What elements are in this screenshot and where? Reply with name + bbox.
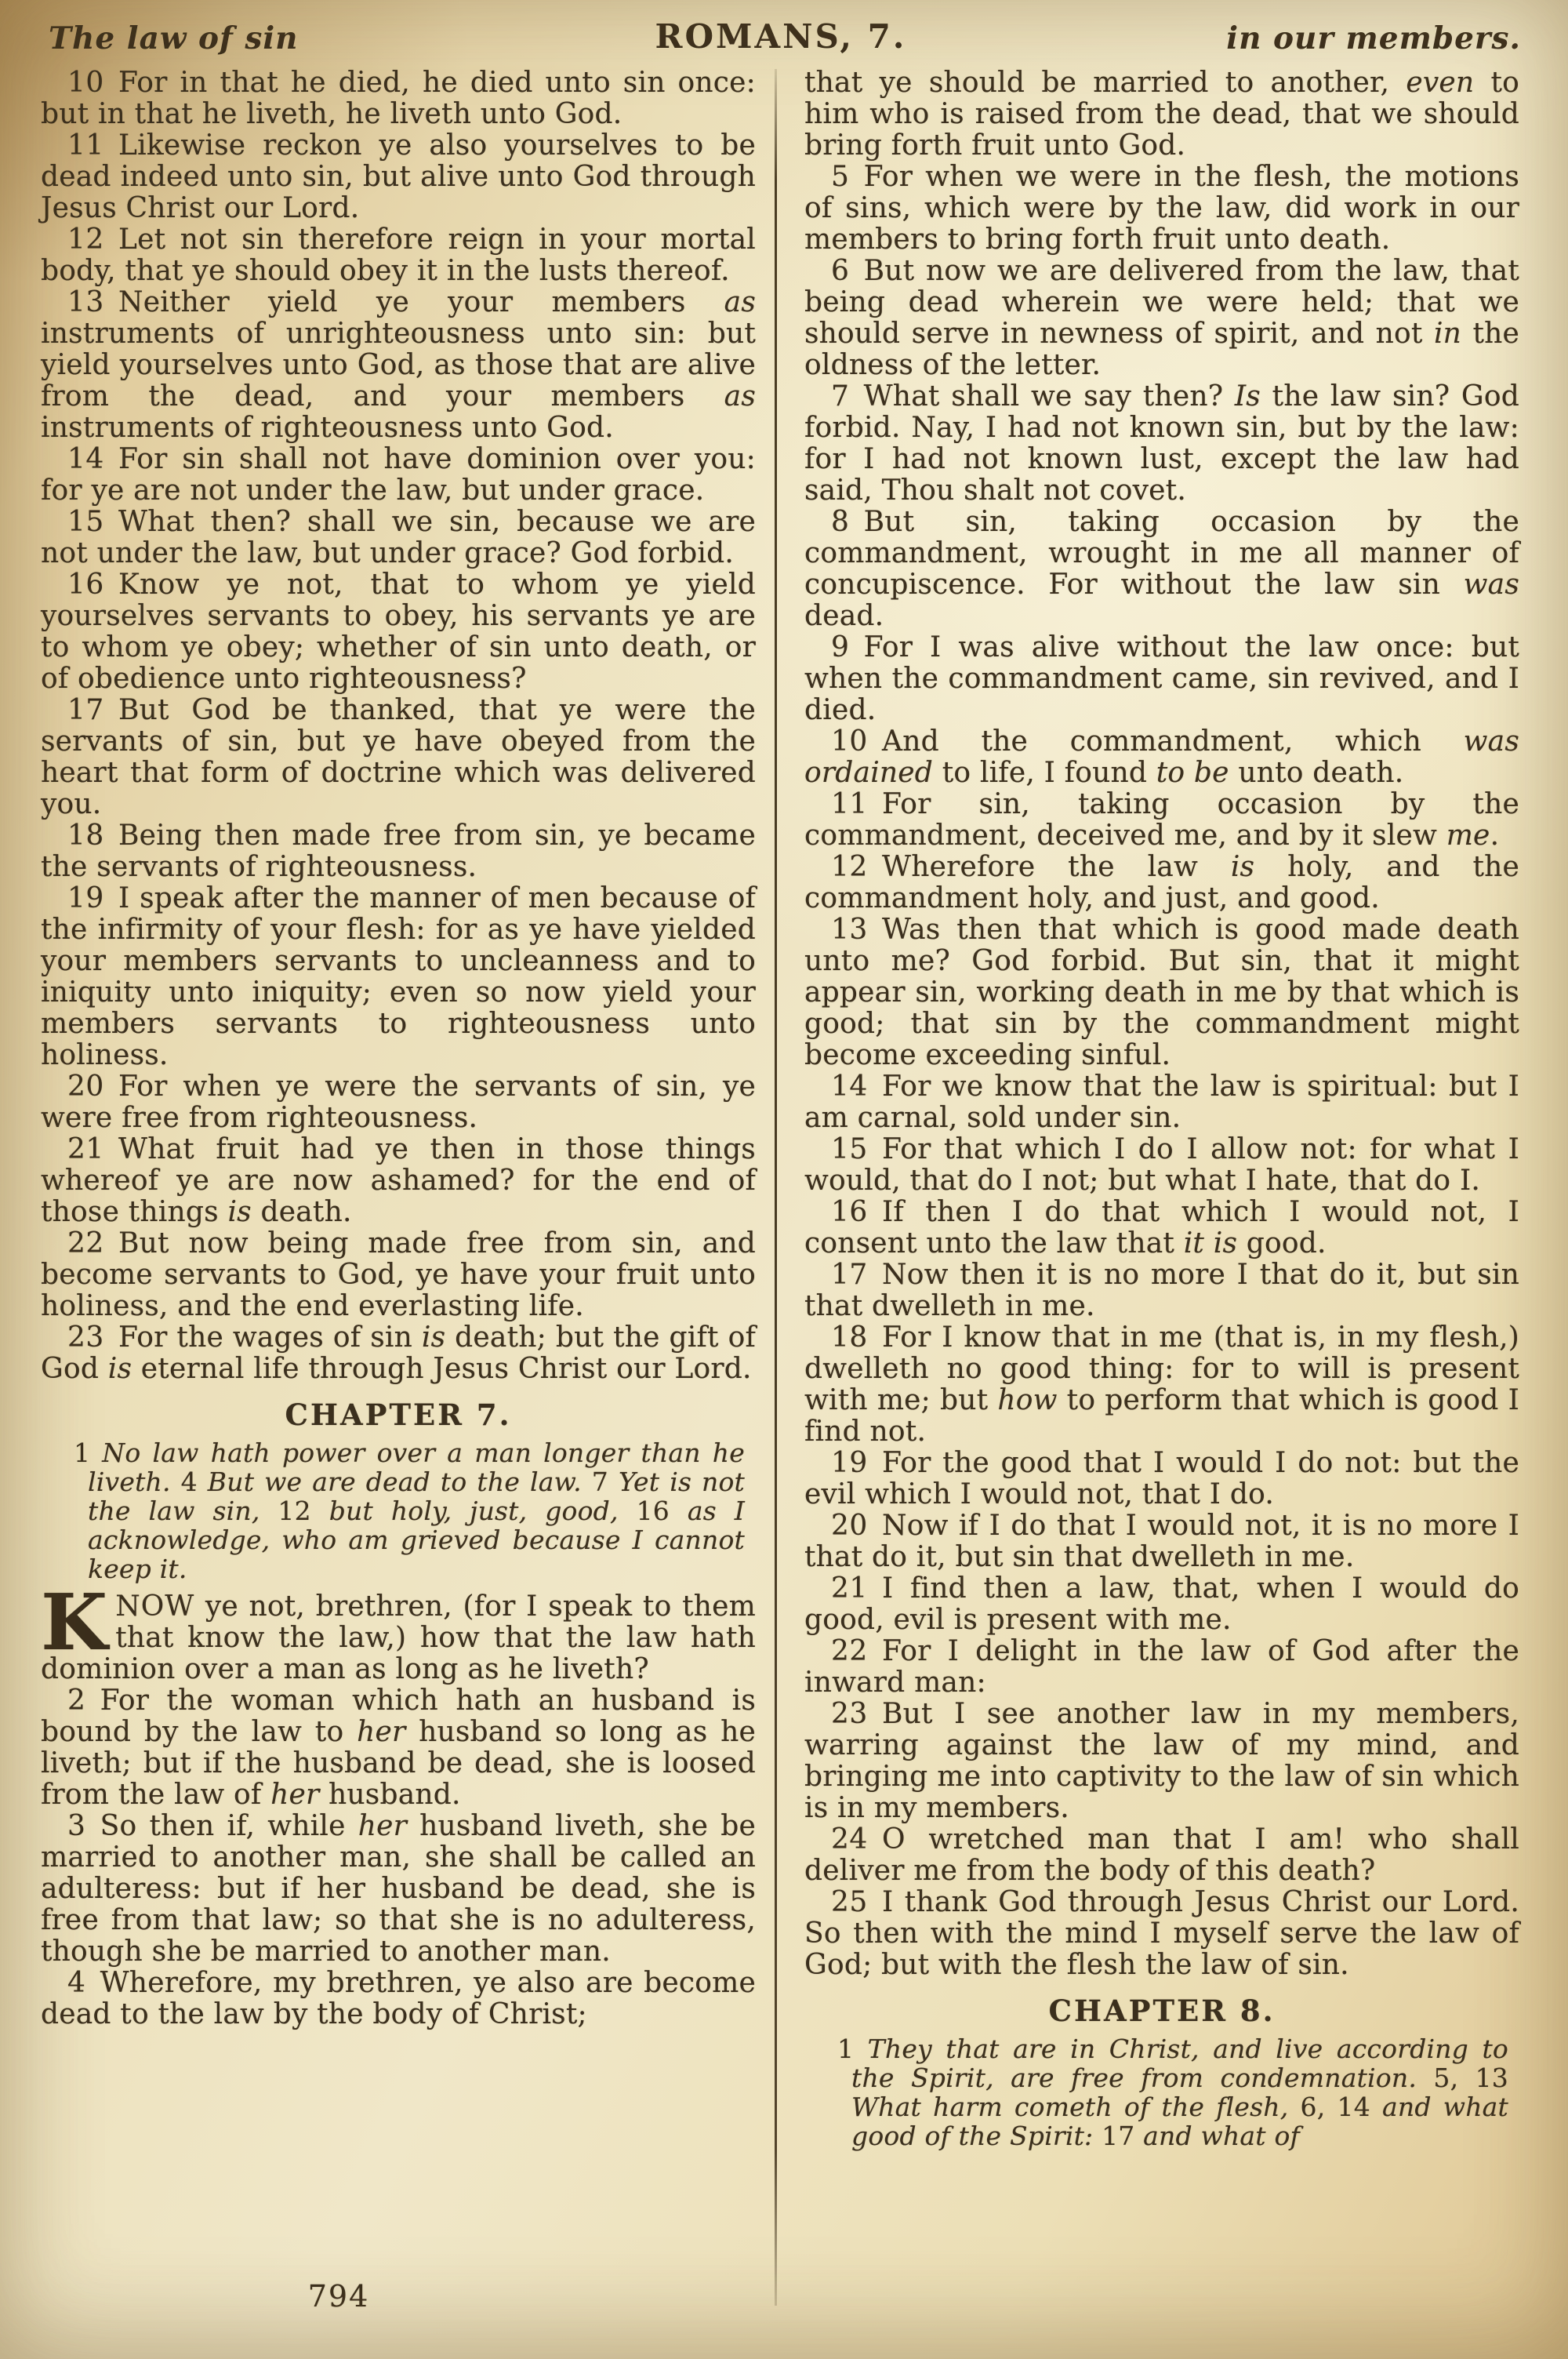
verse-number: 9: [831, 631, 849, 663]
verse-text: For the wages of sin: [118, 1321, 422, 1354]
verse-text: For sin shall not have dominion over you…: [41, 443, 756, 507]
verse-text: death.: [252, 1196, 352, 1228]
verse-number: 11: [831, 788, 868, 820]
emphasized-word: 17: [1102, 2121, 1134, 2151]
emphasized-word: was: [1464, 569, 1519, 601]
verse: 14 For sin shall not have dominion over …: [41, 444, 756, 507]
verse-text: .: [1490, 820, 1500, 852]
verse: 25 I thank God through Jesus Christ our …: [804, 1887, 1519, 1981]
drop-cap-letter: K: [41, 1591, 115, 1652]
verse-text: that ye should be married to another,: [804, 67, 1406, 99]
verse-number: 7: [831, 380, 849, 413]
verse: 21 What fruit had ye then in those thing…: [41, 1134, 756, 1228]
verse-number: 10: [831, 725, 868, 758]
emphasized-word: as: [724, 380, 756, 413]
verse-number: 17: [831, 1259, 868, 1291]
emphasized-word: 6, 14: [1301, 2092, 1370, 2122]
verse-text: What then? shall we sin, because we are …: [41, 506, 756, 569]
verse-text: What harm cometh of the flesh,: [851, 2092, 1301, 2122]
verse-text: For I delight in the law of God after th…: [804, 1635, 1519, 1699]
verse-number: 18: [67, 820, 104, 852]
verse-text: I find then a law, that, when I would do…: [804, 1572, 1519, 1636]
verse-number: 19: [67, 882, 104, 914]
verse: 22 But now being made free from sin, and…: [41, 1228, 756, 1322]
verse: 23 But I see another law in my members, …: [804, 1699, 1519, 1824]
verse-number: 11: [67, 129, 104, 162]
verse-text: What fruit had ye then in those things w…: [41, 1133, 756, 1228]
emphasized-word: is: [108, 1353, 132, 1385]
verse-text: But I see another law in my members, war…: [804, 1698, 1519, 1824]
verse: 11 Likewise reckon ye also yourselves to…: [41, 130, 756, 224]
verse-text: But now we are delivered from the law, t…: [804, 255, 1519, 350]
verse: 14 For we know that the law is spiritual…: [804, 1071, 1519, 1134]
verse-number: 3: [67, 1810, 85, 1842]
emphasized-word: in: [1434, 318, 1461, 350]
verse-text: instruments of righteousness unto God.: [41, 412, 614, 444]
verse-text: I thank God through Jesus Christ our Lor…: [804, 1886, 1519, 1981]
emphasized-word: 16: [637, 1496, 670, 1526]
verse-text: If then I do that which I would not, I c…: [804, 1196, 1519, 1259]
emphasized-word: 12: [278, 1496, 310, 1526]
emphasized-word: 1: [837, 2034, 854, 2064]
verse: 19 I speak after the manner of men becau…: [41, 883, 756, 1071]
verse-text: but holy, just, good,: [311, 1496, 637, 1526]
verse: 11 For sin, taking occasion by the comma…: [804, 789, 1519, 852]
emphasized-word: 1: [74, 1438, 90, 1468]
verse-text: Wherefore the law: [882, 851, 1231, 883]
verse: 12 Wherefore the law is holy, and the co…: [804, 852, 1519, 914]
lead-capitals: NOW: [115, 1590, 194, 1623]
verse-number: 6: [831, 255, 849, 287]
verse: 16 If then I do that which I would not, …: [804, 1197, 1519, 1259]
verse-number: 16: [831, 1196, 868, 1228]
verse-text: Now if I do that I would not, it is no m…: [804, 1510, 1519, 1573]
verse-text: good.: [1237, 1227, 1327, 1259]
verse-text: dead.: [804, 600, 884, 632]
verse-number: 23: [831, 1698, 868, 1730]
verse-text: They that are in Christ, and live accord…: [851, 2034, 1508, 2093]
verse-text: I speak after the manner of men because …: [41, 882, 756, 1071]
chapter-summary: 1 They that are in Christ, and live acco…: [851, 2034, 1508, 2150]
verse: 15 What then? shall we sin, because we a…: [41, 507, 756, 569]
verse-text: Know ye not, that to whom ye yield yours…: [41, 569, 756, 695]
verse: 6 But now we are delivered from the law,…: [804, 256, 1519, 381]
verse-number: 14: [67, 443, 104, 475]
verse-text: What shall we say then?: [864, 380, 1235, 413]
chapter-heading: CHAPTER 7.: [41, 1399, 756, 1430]
running-head: The law of sin ROMANS, 7. in our members…: [41, 17, 1521, 58]
verse: 8 But sin, taking occasion by the comman…: [804, 507, 1519, 632]
verse: 20 For when ye were the servants of sin,…: [41, 1071, 756, 1134]
verse: 15 For that which I do I allow not: for …: [804, 1134, 1519, 1197]
emphasized-word: as: [724, 286, 756, 318]
emphasized-word: her: [358, 1810, 407, 1842]
page-number: 794: [41, 2279, 637, 2314]
emphasized-word: me: [1446, 820, 1490, 852]
verse-text: And the commandment, which: [882, 725, 1464, 758]
emphasized-word: Is: [1235, 380, 1261, 413]
verse-text: For sin, taking occasion by the commandm…: [804, 788, 1519, 852]
verse: 18 Being then made free from sin, ye bec…: [41, 820, 756, 883]
verse-text: For that which I do I allow not: for wha…: [804, 1133, 1519, 1197]
verse: 19 For the good that I would I do not: b…: [804, 1448, 1519, 1510]
verse-number: 17: [67, 694, 104, 726]
verse: 18 For I know that in me (that is, in my…: [804, 1322, 1519, 1448]
verse-text: Now then it is no more I that do it, but…: [804, 1259, 1519, 1322]
verse-number: 8: [831, 506, 849, 538]
verse: 13 Neither yield ye your members as inst…: [41, 287, 756, 444]
verse-number: 5: [831, 161, 849, 193]
verse-text: husband.: [319, 1779, 460, 1811]
emphasized-word: 5, 13: [1433, 2063, 1508, 2093]
verse-number: 23: [67, 1321, 104, 1354]
verse-text: eternal life through Jesus Christ our Lo…: [132, 1353, 752, 1385]
verse-text: Likewise reckon ye also yourselves to be…: [41, 129, 756, 224]
verse-number: 20: [67, 1070, 104, 1103]
verse: 16 Know ye not, that to whom ye yield yo…: [41, 569, 756, 695]
verse-text: But we are dead to the law.: [198, 1467, 592, 1497]
emphasized-word: how: [997, 1384, 1057, 1416]
emphasized-word: 4: [181, 1467, 198, 1497]
verse-with-drop-cap: KNOW ye not, brethren, (for I speak to t…: [41, 1591, 756, 1685]
bible-page: The law of sin ROMANS, 7. in our members…: [0, 0, 1568, 2359]
emphasized-word: her: [357, 1716, 405, 1748]
verse-text: For we know that the law is spiritual: b…: [804, 1070, 1519, 1134]
verse-number: 4: [67, 1967, 85, 1999]
verse-number: 22: [831, 1635, 868, 1667]
verse: 23 For the wages of sin is death; but th…: [41, 1322, 756, 1385]
verse-number: 15: [831, 1133, 868, 1165]
verse-text: O wretched man that I am! who shall deli…: [804, 1823, 1519, 1887]
verse: 3 So then if, while her husband liveth, …: [41, 1811, 756, 1968]
verse-text: Neither yield ye your members: [118, 286, 724, 318]
verse-text: and what of: [1134, 2121, 1299, 2151]
verse: 12 Let not sin therefore reign in your m…: [41, 224, 756, 287]
verse: 10 And the commandment, which was ordain…: [804, 726, 1519, 789]
verse-number: 18: [831, 1321, 868, 1354]
emphasized-word: is: [422, 1321, 445, 1354]
verse: 7 What shall we say then? Is the law sin…: [804, 381, 1519, 507]
verse-number: 12: [67, 224, 104, 256]
emphasized-word: to be: [1156, 757, 1229, 789]
verse-number: 21: [831, 1572, 868, 1605]
running-head-right: in our members.: [1226, 20, 1521, 56]
verse-number: 10: [67, 67, 104, 99]
verse-number: 12: [831, 851, 868, 883]
verse: 9 For I was alive without the law once: …: [804, 632, 1519, 726]
verse: 17 Now then it is no more I that do it, …: [804, 1259, 1519, 1322]
verse-number: 2: [67, 1685, 85, 1717]
verse: 22 For I delight in the law of God after…: [804, 1636, 1519, 1699]
verse: 5 For when we were in the flesh, the mot…: [804, 162, 1519, 256]
verse-text: Wherefore, my brethren, ye also are beco…: [41, 1967, 756, 2030]
right-column: that ye should be married to another, ev…: [804, 67, 1519, 2158]
verse-text: For when we were in the flesh, the motio…: [804, 161, 1519, 256]
emphasized-word: even: [1406, 67, 1474, 99]
verse-text: For I was alive without the law once: bu…: [804, 631, 1519, 726]
verse-number: 13: [67, 286, 104, 318]
verse: 10 For in that he died, he died unto sin…: [41, 67, 756, 130]
verse: 2 For the woman which hath an husband is…: [41, 1685, 756, 1811]
verse-number: 16: [67, 569, 104, 601]
verse-number: 22: [67, 1227, 104, 1259]
verse-number: 25: [831, 1886, 868, 1918]
left-column: 10 For in that he died, he died unto sin…: [41, 67, 756, 2030]
verse: 20 Now if I do that I would not, it is n…: [804, 1510, 1519, 1573]
verse-text: For when ye were the servants of sin, ye…: [41, 1070, 756, 1134]
verse-number: 15: [67, 506, 104, 538]
verse: 21 I find then a law, that, when I would…: [804, 1573, 1519, 1636]
chapter-summary: 1 No law hath power over a man longer th…: [88, 1438, 745, 1583]
verse-number: 20: [831, 1510, 868, 1542]
verse-text: But now being made free from sin, and be…: [41, 1227, 756, 1322]
emphasized-word: her: [270, 1779, 319, 1811]
verse-text: For in that he died, he died unto sin on…: [41, 67, 756, 130]
verse-text: But God be thanked, that ye were the ser…: [41, 694, 756, 820]
verse-text: instruments of unrighteousness unto sin:…: [41, 318, 756, 413]
column-divider-rule: [775, 69, 777, 2306]
emphasized-word: 7: [592, 1467, 608, 1497]
verse: 13 Was then that which is good made deat…: [804, 914, 1519, 1071]
verse-text: Being then made free from sin, ye became…: [41, 820, 756, 883]
verse: 4 Wherefore, my brethren, ye also are be…: [41, 1968, 756, 2030]
verse-number: 21: [67, 1133, 104, 1165]
verse-number: 24: [831, 1823, 868, 1856]
chapter-heading: CHAPTER 8.: [804, 1995, 1519, 2026]
verse-number: 13: [831, 914, 868, 946]
verse-text: So then if, while: [100, 1810, 358, 1842]
verse-number: 14: [831, 1070, 868, 1103]
verse: 24 O wretched man that I am! who shall d…: [804, 1824, 1519, 1887]
verse-text: Was then that which is good made death u…: [804, 914, 1519, 1071]
verse-text: to life, I found: [933, 757, 1156, 789]
verse: 17 But God be thanked, that ye were the …: [41, 695, 756, 820]
verse-text: Let not sin therefore reign in your mort…: [41, 224, 756, 287]
emphasized-word: it is: [1184, 1227, 1237, 1259]
verse-text: unto death.: [1229, 757, 1404, 789]
verse-text: For the good that I would I do not: but …: [804, 1447, 1519, 1510]
emphasized-word: is: [1231, 851, 1254, 883]
verse-number: 19: [831, 1447, 868, 1479]
verse-text: But sin, taking occasion by the commandm…: [804, 506, 1519, 601]
verse-continuation: that ye should be married to another, ev…: [804, 67, 1519, 162]
emphasized-word: is: [227, 1196, 251, 1228]
